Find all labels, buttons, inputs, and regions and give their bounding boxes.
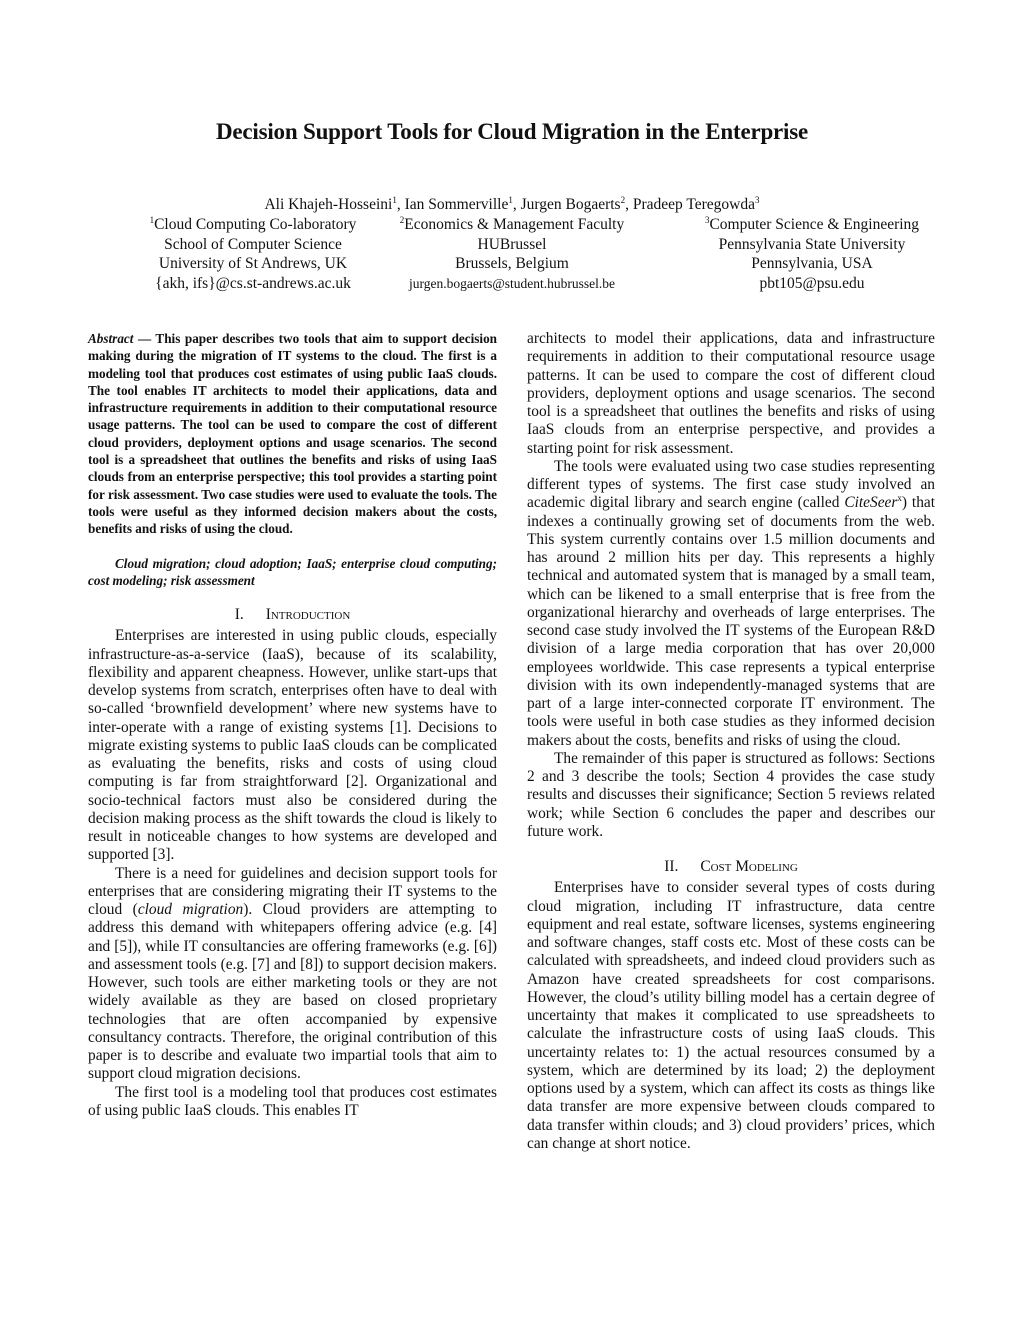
emphasis-term: cloud migration — [138, 901, 243, 918]
affil-email[interactable]: jurgen.bogaerts@student.hubrussel.be — [347, 274, 677, 294]
affiliation-3: 3Computer Science & Engineering Pennsylv… — [647, 215, 977, 293]
paragraph: Enterprises have to consider several typ… — [527, 879, 935, 1153]
section-heading-introduction: I.Introduction — [88, 606, 497, 624]
paragraph: There is a need for guidelines and decis… — [88, 865, 497, 1084]
paragraph: The tools were evaluated using two case … — [527, 458, 935, 750]
abstract-label: Abstract — [88, 331, 133, 346]
section-heading-cost-modeling: II.Cost Modeling — [527, 858, 935, 876]
abstract: Abstract — This paper describes two tool… — [88, 330, 497, 538]
paragraph: The first tool is a modeling tool that p… — [88, 1084, 497, 1121]
affil-location: Pennsylvania, USA — [647, 254, 977, 274]
affil-location: Brussels, Belgium — [347, 254, 677, 274]
paragraph-continued: architects to model their applications, … — [527, 330, 935, 458]
right-column: architects to model their applications, … — [527, 330, 935, 1153]
affil-dept: Economics & Management Faculty — [404, 216, 624, 233]
section-number: II. — [664, 858, 678, 875]
section-title: Introduction — [266, 606, 351, 623]
author-affil-mark: 1 — [392, 195, 397, 205]
affiliation-2: 2Economics & Management Faculty HUBrusse… — [347, 215, 677, 293]
section-number: I. — [235, 606, 244, 623]
author-affil-mark: 1 — [508, 195, 513, 205]
affil-org: HUBrussel — [347, 235, 677, 255]
author-affil-mark: 3 — [755, 195, 760, 205]
paragraph-text: ) that indexes a continually growing set… — [527, 494, 935, 748]
author-list: Ali Khajeh-Hosseini1, Ian Sommerville1, … — [0, 196, 1024, 214]
index-terms: Cloud migration; cloud adoption; IaaS; e… — [88, 555, 497, 590]
affil-dept: Computer Science & Engineering — [709, 216, 919, 233]
author-name: Ali Khajeh-Hosseini — [264, 196, 392, 213]
paragraph-text: ). Cloud providers are attempting to add… — [88, 901, 497, 1082]
paragraph: The remainder of this paper is structure… — [527, 750, 935, 841]
paper-title: Decision Support Tools for Cloud Migrati… — [0, 119, 1024, 145]
section-title: Cost Modeling — [700, 858, 797, 875]
affil-email[interactable]: pbt105@psu.edu — [647, 274, 977, 294]
author-affil-mark: 2 — [621, 195, 626, 205]
paragraph: Enterprises are interested in using publ… — [88, 627, 497, 864]
author-name: Jurgen Bogaerts — [521, 196, 621, 213]
author-name: Pradeep Teregowda — [633, 196, 755, 213]
affil-org: Pennsylvania State University — [647, 235, 977, 255]
author-name: Ian Sommerville — [405, 196, 509, 213]
affil-dept: Cloud Computing Co-laboratory — [154, 216, 356, 233]
left-column: Abstract — This paper describes two tool… — [88, 330, 497, 1120]
emphasis-term: CiteSeer — [844, 494, 897, 511]
abstract-text: — This paper describes two tools that ai… — [88, 331, 497, 536]
